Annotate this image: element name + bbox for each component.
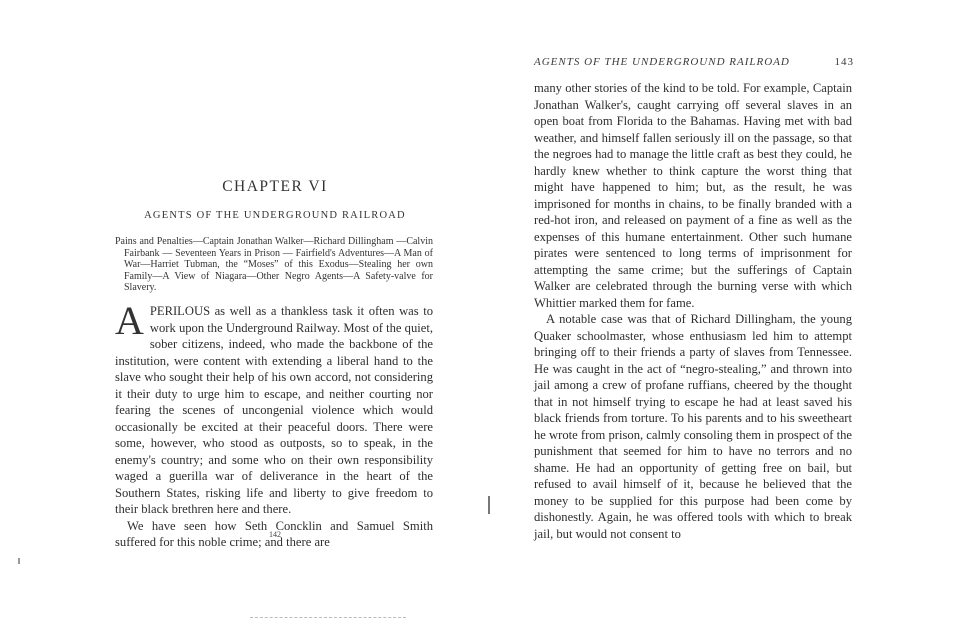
gutter-scan-mark: [488, 496, 490, 514]
left-body-text: APERILOUS as well as a thankless task it…: [115, 303, 433, 551]
paragraph: APERILOUS as well as a thankless task it…: [115, 303, 433, 518]
drop-cap: A: [115, 305, 144, 337]
running-head-title: AGENTS OF THE UNDERGROUND RAILROAD: [534, 56, 790, 68]
paragraph: A notable case was that of Richard Dilli…: [534, 311, 852, 542]
chapter-title: CHAPTER VI: [115, 178, 435, 196]
chapter-subtitle: AGENTS OF THE UNDERGROUND RAILROAD: [115, 210, 435, 221]
bottom-scan-artifact: [250, 617, 406, 620]
paragraph-text: PERILOUS as well as a thankless task it …: [115, 304, 433, 516]
page-number: 142: [115, 530, 435, 539]
running-head: AGENTS OF THE UNDERGROUND RAILROAD 143: [534, 56, 854, 68]
paragraph: many other stories of the kind to be tol…: [534, 80, 852, 311]
chapter-synopsis: Pains and Penalties—Captain Jonathan Wal…: [115, 236, 433, 294]
right-body-text: many other stories of the kind to be tol…: [534, 80, 852, 542]
page-number: 143: [835, 56, 855, 68]
edge-scan-mark: [18, 558, 20, 564]
